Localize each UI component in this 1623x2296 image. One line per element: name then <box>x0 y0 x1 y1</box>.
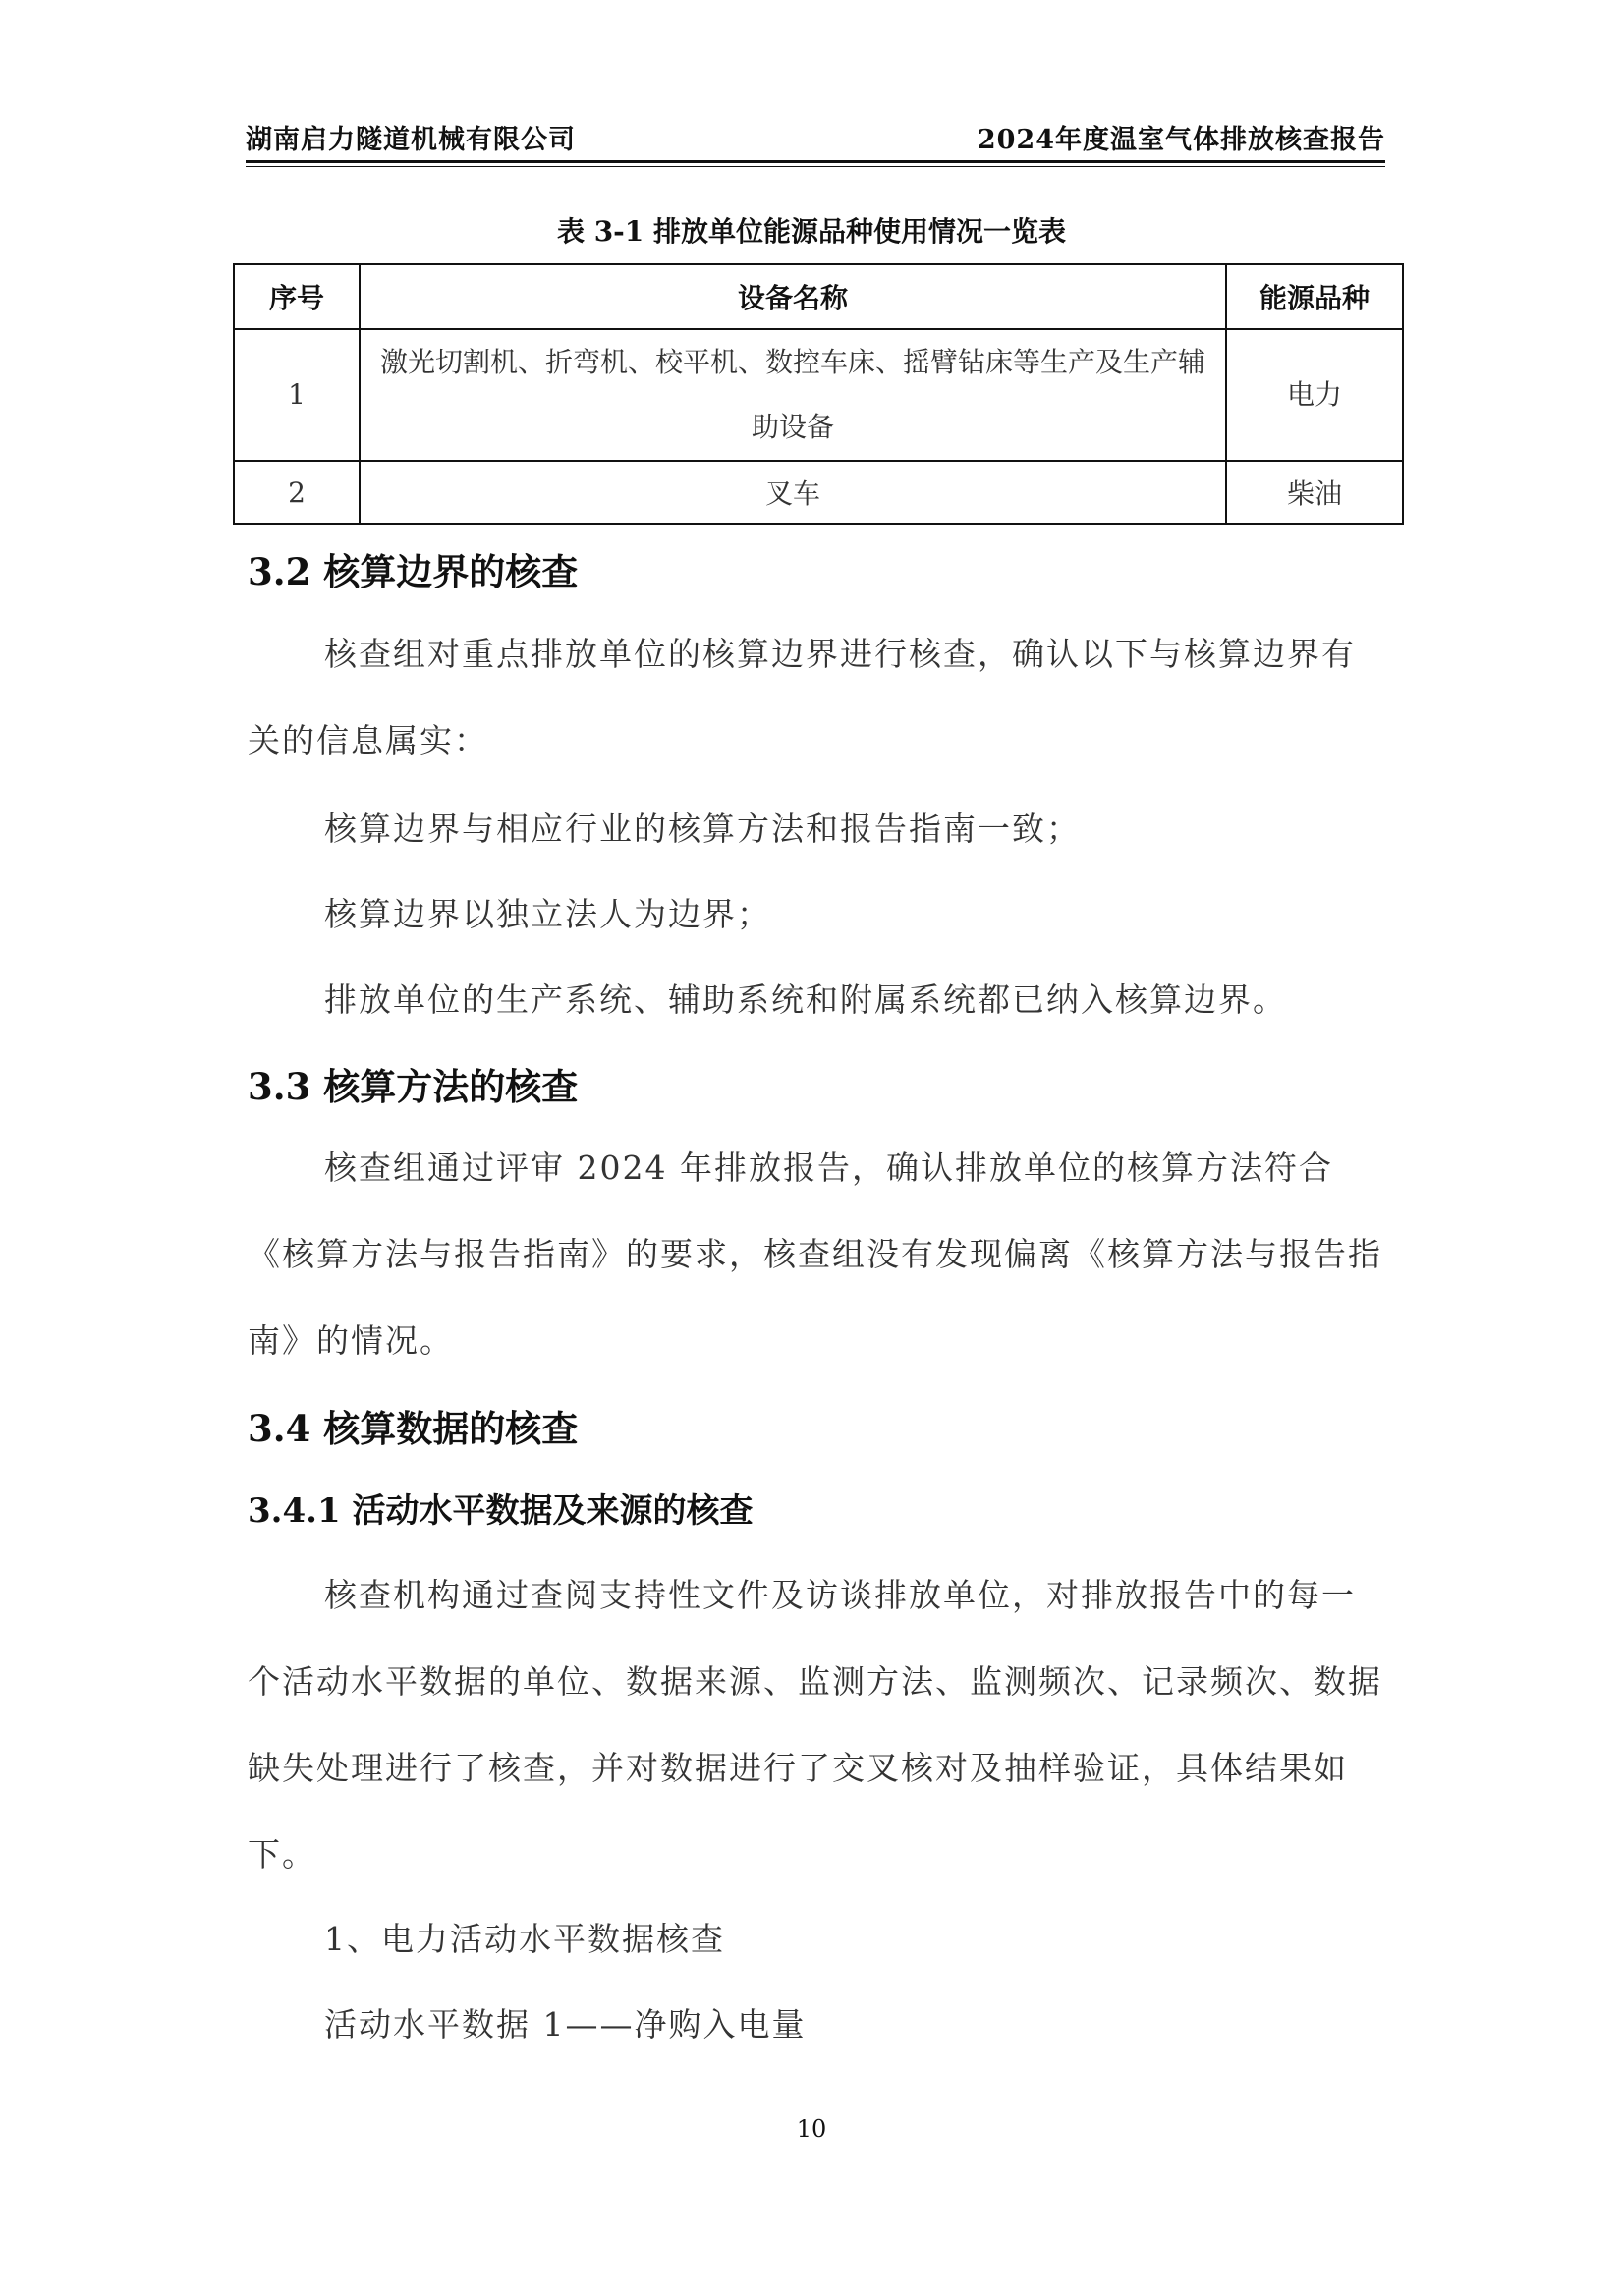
boundary-item-1: 核算边界与相应行业的核算方法和报告指南一致； <box>324 804 1081 850</box>
boundary-item-3: 排放单位的生产系统、辅助系统和附属系统都已纳入核算边界。 <box>324 975 1287 1021</box>
section-heading-3-3: 3.3 核算方法的核查 <box>248 1057 578 1110</box>
cell-equipment: 激光切割机、折弯机、校平机、数控车床、摇臂钻床等生产及生产辅助设备 <box>360 329 1226 461</box>
section-heading-3-4-1: 3.4.1 活动水平数据及来源的核查 <box>248 1484 753 1532</box>
table-row: 1 激光切割机、折弯机、校平机、数控车床、摇臂钻床等生产及生产辅助设备 电力 <box>234 329 1403 461</box>
section-heading-3-4: 3.4 核算数据的核查 <box>248 1399 578 1452</box>
energy-usage-table: 序号 设备名称 能源品种 1 激光切割机、折弯机、校平机、数控车床、摇臂钻床等生… <box>233 263 1404 525</box>
cell-no: 2 <box>234 461 360 524</box>
report-title: 2024年度温室气体排放核查报告 <box>978 118 1385 156</box>
section-heading-3-2: 3.2 核算边界的核查 <box>248 542 578 595</box>
column-header-energy: 能源品种 <box>1226 264 1403 329</box>
paragraph-method: 核查组通过评审 2024 年排放报告，确认排放单位的核算方法符合《核算方法与报告… <box>248 1125 1387 1384</box>
table-header-row: 序号 设备名称 能源品种 <box>234 264 1403 329</box>
column-header-no: 序号 <box>234 264 360 329</box>
cell-equipment: 叉车 <box>360 461 1226 524</box>
cell-energy: 电力 <box>1226 329 1403 461</box>
cell-energy: 柴油 <box>1226 461 1403 524</box>
table-row: 2 叉车 柴油 <box>234 461 1403 524</box>
column-header-equipment: 设备名称 <box>360 264 1226 329</box>
document-page: 湖南启力隧道机械有限公司 2024年度温室气体排放核查报告 表 3-1 排放单位… <box>0 0 1623 2296</box>
company-name: 湖南启力隧道机械有限公司 <box>246 118 576 156</box>
cell-no: 1 <box>234 329 360 461</box>
header-rule <box>246 160 1385 163</box>
paragraph-boundary-intro: 核查组对重点排放单位的核算边界进行核查，确认以下与核算边界有关的信息属实： <box>248 611 1387 784</box>
header-rule-thin <box>246 166 1385 167</box>
page-number: 10 <box>0 2115 1623 2143</box>
page-header: 湖南启力隧道机械有限公司 2024年度温室气体排放核查报告 <box>246 118 1385 157</box>
paragraph-activity-data: 核查机构通过查阅支持性文件及访谈排放单位，对排放报告中的每一个活动水平数据的单位… <box>248 1552 1387 1898</box>
boundary-item-2: 核算边界以独立法人为边界； <box>324 889 771 935</box>
activity-data-1-label: 活动水平数据 1——净购入电量 <box>324 1999 807 2045</box>
table-caption: 表 3-1 排放单位能源品种使用情况一览表 <box>0 210 1623 250</box>
electricity-check-item: 1、电力活动水平数据核查 <box>324 1914 725 1960</box>
